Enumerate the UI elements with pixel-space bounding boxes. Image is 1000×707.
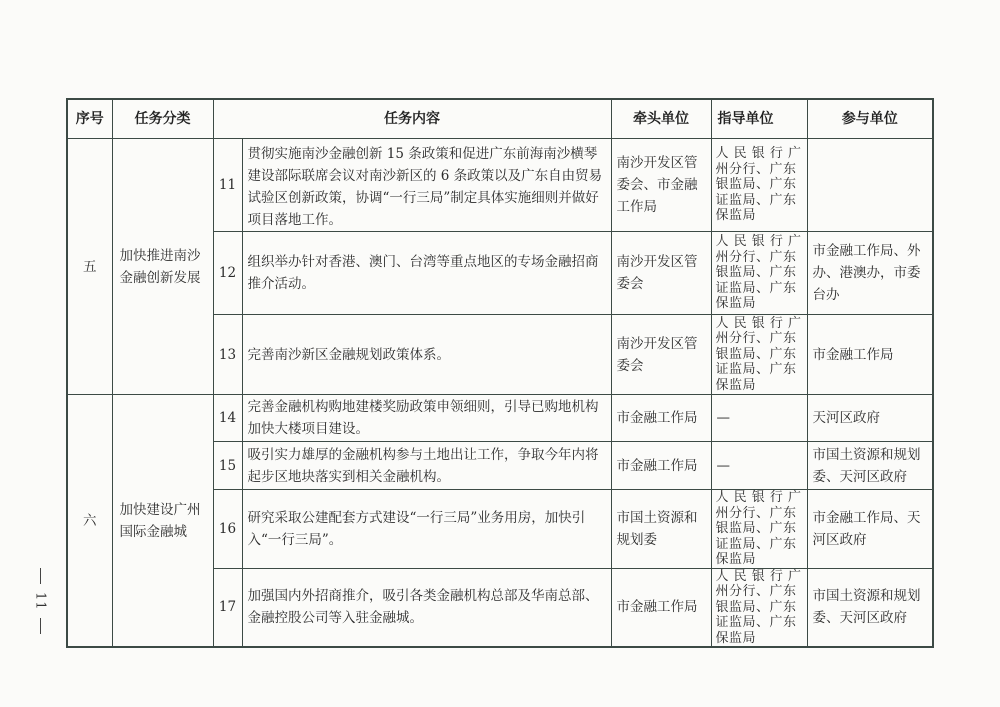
guide-line: 州分行、广东: [716, 506, 803, 522]
guide-line: 证监局、广东: [716, 615, 803, 631]
guide-line: 州分行、广东: [716, 250, 803, 266]
table-header-row: 序号 任务分类 任务内容 牵头单位 指导单位 参与单位: [67, 99, 933, 139]
task-number: 11: [213, 139, 242, 232]
participate-unit: [807, 139, 933, 232]
task-table: 序号 任务分类 任务内容 牵头单位 指导单位 参与单位 五 加快推进南沙金融创新…: [66, 98, 934, 648]
participate-unit: 市金融工作局、天河区政府: [807, 490, 933, 569]
guide-line: 证监局、广东: [716, 281, 803, 297]
task-number: 17: [213, 568, 242, 647]
guide-line: 保监局: [716, 378, 803, 394]
header-participate: 参与单位: [807, 99, 933, 139]
lead-unit: 市金融工作局: [611, 442, 711, 490]
table-row: 六 加快建设广州国际金融城 14 完善金融机构购地建楼奖励政策申领细则，引导已购…: [67, 395, 933, 442]
lead-unit: 市金融工作局: [611, 568, 711, 647]
header-guide: 指导单位: [711, 99, 807, 139]
header-category: 任务分类: [112, 99, 213, 139]
guide-line: 州分行、广东: [716, 331, 803, 347]
participate-unit: 天河区政府: [807, 395, 933, 442]
guide-line: 保监局: [716, 552, 803, 568]
guide-line: 银监局、广东: [716, 347, 803, 363]
guide-line: 保监局: [716, 296, 803, 312]
lead-unit: 市国土资源和规划委: [611, 490, 711, 569]
guide-line: 银监局、广东: [716, 600, 803, 616]
page-number-value: 11: [33, 592, 48, 611]
guide-unit: —: [711, 395, 807, 442]
guide-line: 银监局、广东: [716, 265, 803, 281]
guide-line: 银监局、广东: [716, 177, 803, 193]
task-content: 完善金融机构购地建楼奖励政策申领细则，引导已购地机构加快大楼项目建设。: [242, 395, 611, 442]
task-content: 贯彻实施南沙金融创新 15 条政策和促进广东前海南沙横琴建设部际联席会议对南沙新…: [242, 139, 611, 232]
header-seq: 序号: [67, 99, 112, 139]
participate-unit: 市国土资源和规划委、天河区政府: [807, 568, 933, 647]
task-content: 组织举办针对香港、澳门、台湾等重点地区的专场金融招商推介活动。: [242, 232, 611, 315]
guide-unit: 人 民 银 行 广 州分行、广东 银监局、广东 证监局、广东 保监局: [711, 139, 807, 232]
task-number: 15: [213, 442, 242, 490]
task-number: 12: [213, 232, 242, 315]
task-content: 研究采取公建配套方式建设“一行三局”业务用房，加快引入“一行三局”。: [242, 490, 611, 569]
task-content: 加强国内外招商推介，吸引各类金融机构总部及华南总部、金融控股公司等入驻金融城。: [242, 568, 611, 647]
task-number: 14: [213, 395, 242, 442]
guide-line: 证监局、广东: [716, 362, 803, 378]
lead-unit: 南沙开发区管委会、市金融工作局: [611, 139, 711, 232]
group-category: 加快建设广州国际金融城: [112, 395, 213, 648]
guide-unit: 人 民 银 行 广 州分行、广东 银监局、广东 证监局、广东 保监局: [711, 490, 807, 569]
lead-unit: 南沙开发区管委会: [611, 315, 711, 395]
guide-unit: 人 民 银 行 广 州分行、广东 银监局、广东 证监局、广东 保监局: [711, 568, 807, 647]
participate-unit: 市金融工作局: [807, 315, 933, 395]
lead-unit: 市金融工作局: [611, 395, 711, 442]
guide-line: 证监局、广东: [716, 537, 803, 553]
guide-line: 人 民 银 行 广: [716, 569, 803, 585]
guide-line: 州分行、广东: [716, 584, 803, 600]
participate-unit: 市金融工作局、外办、港澳办，市委台办: [807, 232, 933, 315]
guide-line: 保监局: [716, 631, 803, 647]
task-content: 完善南沙新区金融规划政策体系。: [242, 315, 611, 395]
guide-line: 人 民 银 行 广: [716, 490, 803, 506]
group-seq: 五: [67, 139, 112, 395]
guide-unit: 人 民 银 行 广 州分行、广东 银监局、广东 证监局、广东 保监局: [711, 315, 807, 395]
guide-line: 银监局、广东: [716, 521, 803, 537]
group-seq: 六: [67, 395, 112, 648]
guide-line: 人 民 银 行 广: [716, 234, 803, 250]
page-number-dash-top: [40, 568, 41, 584]
lead-unit: 南沙开发区管委会: [611, 232, 711, 315]
participate-unit: 市国土资源和规划委、天河区政府: [807, 442, 933, 490]
guide-line: 证监局、广东: [716, 193, 803, 209]
task-number: 16: [213, 490, 242, 569]
group-category: 加快推进南沙金融创新发展: [112, 139, 213, 395]
page-number: 11: [30, 568, 50, 634]
header-lead: 牵头单位: [611, 99, 711, 139]
task-number: 13: [213, 315, 242, 395]
guide-unit: —: [711, 442, 807, 490]
header-content: 任务内容: [213, 99, 611, 139]
guide-line: 人 民 银 行 广: [716, 316, 803, 332]
page-number-dash-bottom: [40, 618, 41, 634]
guide-unit: 人 民 银 行 广 州分行、广东 银监局、广东 证监局、广东 保监局: [711, 232, 807, 315]
task-content: 吸引实力雄厚的金融机构参与土地出让工作，争取今年内将起步区地块落实到相关金融机构…: [242, 442, 611, 490]
guide-line: 州分行、广东: [716, 162, 803, 178]
table-row: 五 加快推进南沙金融创新发展 11 贯彻实施南沙金融创新 15 条政策和促进广东…: [67, 139, 933, 232]
guide-line: 人 民 银 行 广: [716, 146, 803, 162]
guide-line: 保监局: [716, 208, 803, 224]
